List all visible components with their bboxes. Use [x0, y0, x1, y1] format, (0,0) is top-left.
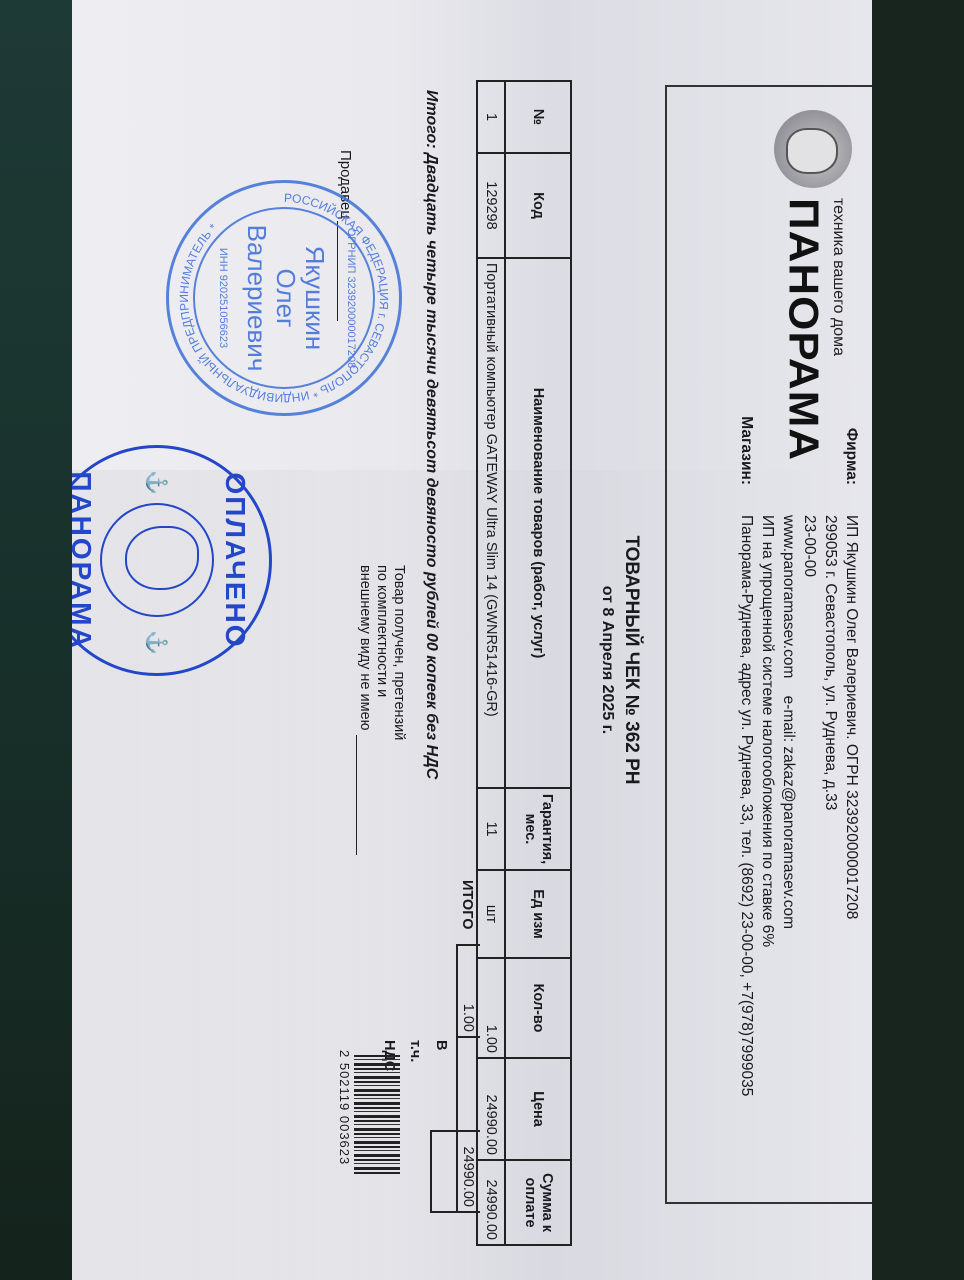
receipt-title: ТОВАРНЫЙ ЧЕК № 362 РН	[620, 400, 642, 920]
cell-no: 1	[477, 81, 505, 153]
received-line: по комплектности и	[373, 565, 390, 855]
buyer-signature-line	[356, 735, 357, 855]
paid-stamp-top: ОПЛАЧЕНО	[219, 448, 251, 673]
table-header-row: № Код Наименование товаров (работ, услуг…	[505, 81, 571, 1245]
cell-qty: 1.00	[477, 958, 505, 1058]
barcode-icon	[354, 1055, 400, 1175]
items-table: № Код Наименование товаров (работ, услуг…	[476, 80, 572, 1246]
cell-name: Портативный компьютер GATEWAY Ultra Slim…	[477, 258, 505, 788]
col-code: Код	[505, 153, 571, 258]
col-qty: Кол-во	[505, 958, 571, 1058]
receipt-title-block: ТОВАРНЫЙ ЧЕК № 362 РН от 8 Апреля 2025 г…	[598, 400, 642, 920]
vat-value	[430, 1130, 456, 1213]
receipt-date: от 8 Апреля 2025 г.	[598, 400, 616, 920]
table-row: 1 129298 Портативный компьютер GATEWAY U…	[477, 81, 505, 1245]
background-surface-right	[872, 0, 964, 1280]
cell-sum: 24990.00	[477, 1160, 505, 1245]
total-sum: 24990.00	[456, 1130, 480, 1213]
shop-label: Магазин:	[736, 395, 757, 515]
col-price: Цена	[505, 1058, 571, 1160]
paid-stamp: ОПЛАЧЕНО ⚓ ⚓ ПАНОРАМА	[41, 445, 272, 676]
firm-line: 23-00-00	[799, 515, 820, 577]
firm-line: www.panoramasev.com e-mail: zakaz@panora…	[778, 515, 799, 929]
col-no: №	[505, 81, 571, 153]
receipt-paper: техника вашего дома ПАНОРАМА Фирма:ИП Як…	[72, 0, 872, 1280]
firm-info: Фирма:ИП Якушкин Олег Валериевич. ОГРН 3…	[736, 395, 862, 1096]
mascot-icon	[774, 110, 852, 188]
barcode-digits: 2 502119 003623	[337, 1050, 352, 1165]
vat-label: В т.ч. НДС	[428, 1040, 454, 1071]
total-label: ИТОГО	[454, 880, 480, 930]
amount-in-words: Итого: Двадцать четыре тысячи девятьсот …	[422, 90, 440, 779]
firm-line: ИП на упрощенной системе налогообложения…	[757, 515, 778, 947]
stamp-ogrnip: ОГРНИП 323920000017208	[345, 183, 357, 413]
cell-warranty: 11	[477, 788, 505, 870]
anchor-icon: ⚓	[144, 470, 169, 495]
firm-label: Фирма:	[841, 395, 862, 515]
shop-line: Панорама-Руднева, адрес ул. Руднева, 33,…	[736, 515, 757, 1096]
received-line: Товар получен, претензий	[390, 565, 407, 855]
barcode: 2 502119 003623	[340, 1050, 400, 1180]
firm-line: 299053 г. Севастополь, ул. Руднева, д.33	[820, 515, 841, 810]
mascot-icon	[125, 526, 199, 590]
total-price-empty	[456, 1036, 480, 1132]
cell-price: 24990.00	[477, 1058, 505, 1160]
cell-code: 129298	[477, 153, 505, 258]
logo-tagline: техника вашего дома	[829, 198, 847, 356]
seller-stamp: РОССИЙСКАЯ ФЕДЕРАЦИЯ г. СЕВАСТОПОЛЬ * ИН…	[166, 180, 402, 416]
store-logo: техника вашего дома ПАНОРАМА	[702, 110, 852, 280]
col-warranty: Гарантия, мес.	[505, 788, 571, 870]
cell-unit: шт	[477, 870, 505, 958]
stamp-name: Якушкин Олег Валериевич	[242, 183, 329, 413]
col-sum: Сумма к оплате	[505, 1160, 571, 1245]
stamp-inn: ИНН 920251056623	[217, 183, 229, 413]
received-statement: Товар получен, претензий по комплектност…	[356, 565, 407, 855]
col-unit: Ед изм	[505, 870, 571, 958]
col-name: Наименование товаров (работ, услуг)	[505, 258, 571, 788]
received-line: внешнему виду не имею	[357, 565, 373, 731]
firm-line: ИП Якушкин Олег Валериевич. ОГРН 3239200…	[841, 515, 862, 919]
total-qty: 1.00	[456, 944, 480, 1038]
anchor-icon: ⚓	[144, 630, 169, 655]
